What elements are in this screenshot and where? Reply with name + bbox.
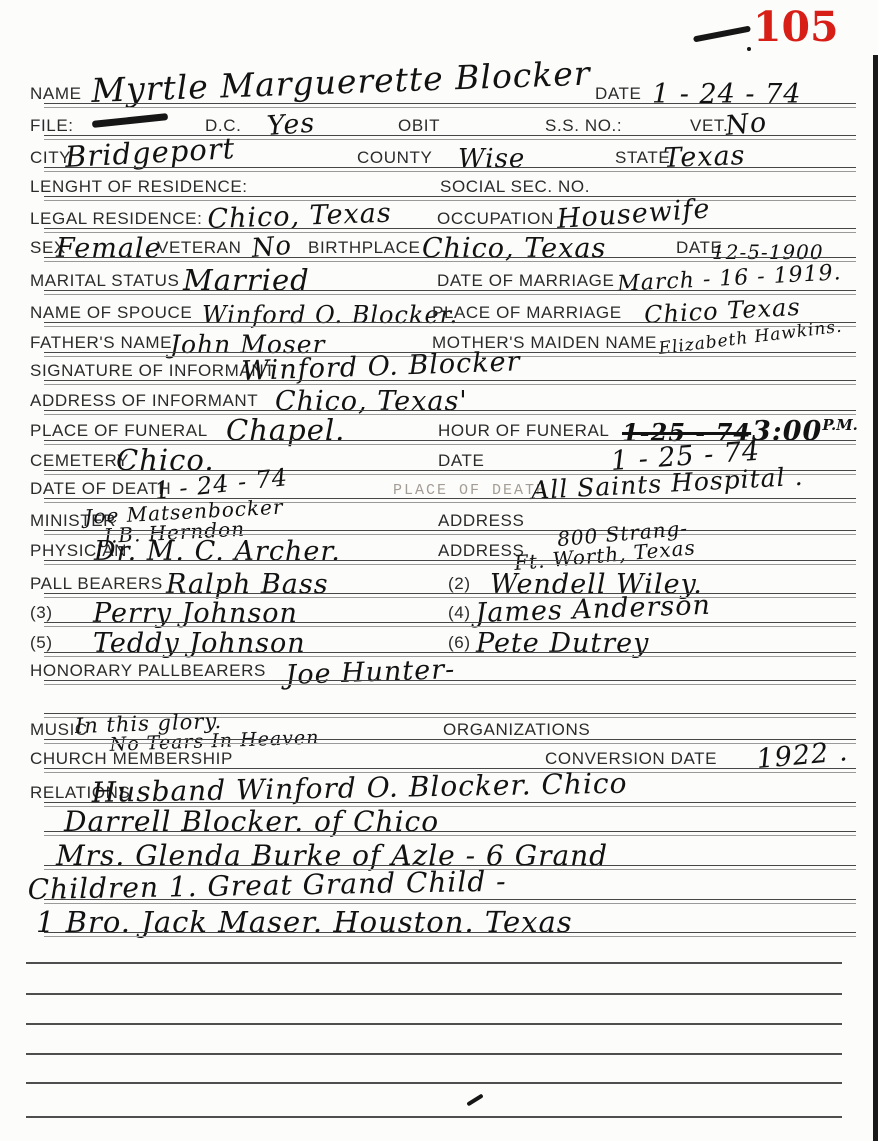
veteran-label: VETERAN — [157, 238, 242, 258]
row-sex: SEX Female VETERAN No BIRTHPLACE Chico, … — [0, 233, 878, 262]
row-blank — [0, 966, 878, 997]
funeral-hour-label: HOUR OF FUNERAL — [438, 421, 609, 441]
pallbearer-6-value: Pete Dutrey — [476, 628, 649, 659]
legal-value: Chico, Texas — [207, 198, 392, 235]
name-value: Myrtle Marguerette Blocker — [91, 54, 592, 110]
row-honorary: HONORARY PALLBEARERS Joe Hunter- — [0, 657, 878, 685]
birthplace-label: BIRTHPLACE — [308, 238, 420, 258]
marital-label: MARITAL STATUS — [30, 271, 179, 291]
row-death: DATE OF DEATH 1 - 24 - 74 PLACE OF DEATH… — [0, 475, 878, 503]
church-label: CHURCH MEMBERSHIP — [30, 749, 233, 769]
legal-label: LEGAL RESIDENCE: — [30, 209, 202, 229]
occupation-label: OCCUPATION — [437, 209, 554, 229]
organizations-label: ORGANIZATIONS — [443, 720, 590, 740]
honorary-label: HONORARY PALLBEARERS — [30, 661, 266, 681]
row-music: MUSIC In this glory. No Tears In Heaven … — [0, 714, 878, 744]
signature-label: SIGNATURE OF INFORMANT — [30, 361, 275, 381]
vet-label: VET. — [690, 116, 728, 136]
row-relations-2: Darrell Blocker. of Chico — [0, 807, 878, 836]
row-blank — [0, 1027, 878, 1057]
death-date-label: DATE OF DEATH — [30, 479, 171, 499]
relations-line-4: Children 1. Great Grand Child - — [27, 865, 506, 906]
row-relations-4: Children 1. Great Grand Child - — [0, 870, 878, 904]
row-city: CITY Bridgeport COUNTY Wise STATE Texas — [0, 140, 878, 172]
row-marital: MARITAL STATUS Married DATE OF MARRIAGE … — [0, 262, 878, 295]
row-informant-address: ADDRESS OF INFORMANT Chico, Texas' — [0, 385, 878, 415]
marital-value: Married — [183, 263, 310, 297]
row-pallbearers-12: PALL BEARERS Ralph Bass (2) Wendell Wile… — [0, 565, 878, 598]
conversion-label: CONVERSION DATE — [545, 749, 717, 769]
dc-value: Yes — [266, 108, 316, 142]
funeral-place-label: PLACE OF FUNERAL — [30, 421, 208, 441]
pallbearer-2-number: (2) — [448, 574, 471, 594]
state-label: STATE — [615, 148, 670, 168]
birthdate-value: 12-5-1900 — [712, 240, 824, 264]
row-blank — [0, 1057, 878, 1086]
marriage-date-value: March - 16 - 1919. — [617, 260, 842, 297]
social-label: SOCIAL SEC. NO. — [440, 177, 590, 197]
birthplace-value: Chico, Texas — [422, 233, 606, 264]
vet-value: No — [724, 107, 769, 142]
name-label: NAME — [30, 84, 82, 104]
conversion-value: 1922 . — [755, 736, 849, 775]
pallbearer-4-number: (4) — [448, 603, 471, 623]
pallbearer-5-number: (5) — [30, 633, 53, 653]
date-value: 1 - 24 - 74 — [652, 79, 801, 110]
pallbearer-5-value: Teddy Johnson — [93, 628, 306, 659]
row-name: NAME Myrtle Marguerette Blocker DATE 1 -… — [0, 76, 878, 108]
row-file: FILE: D.C. Yes OBIT S.S. NO.: VET. No — [0, 108, 878, 140]
file-label: FILE: — [30, 116, 74, 136]
pallbearer-1-value: Ralph Bass — [166, 569, 329, 600]
row-blank — [0, 997, 878, 1027]
page-number: 105 — [753, 3, 839, 51]
row-church: CHURCH MEMBERSHIP CONVERSION DATE 1922 . — [0, 744, 878, 773]
pallbearers-label: PALL BEARERS — [30, 574, 163, 594]
row-legal: LEGAL RESIDENCE: Chico, Texas OCCUPATION… — [0, 201, 878, 233]
pallbearer-3-value: Perry Johnson — [93, 598, 298, 629]
row-minister: MINISTER Joe Matsenbocker J.B. Herndon A… — [0, 503, 878, 535]
row-physician: PHYSICIAN Dr. M. C. Archer. ADDRESS 800 … — [0, 535, 878, 565]
county-value: Wise — [458, 144, 525, 174]
state-value: Texas — [663, 140, 746, 174]
row-blank — [0, 1086, 878, 1120]
funeral-date-label: DATE — [438, 451, 484, 471]
obit-label: OBIT — [398, 116, 440, 136]
pallbearer-6-number: (6) — [448, 633, 471, 653]
funeral-hour-value: 3:00P.M. — [752, 416, 858, 447]
marriage-place-label: PLACE OF MARRIAGE — [432, 303, 622, 323]
ssno-label: S.S. NO.: — [545, 116, 622, 136]
residence-label: LENGHT OF RESIDENCE: — [30, 177, 248, 197]
row-spouse: NAME OF SPOUCE Winford O. Blocker. PLACE… — [0, 295, 878, 327]
physician-address-label: ADDRESS — [438, 541, 524, 561]
spouse-label: NAME OF SPOUCE — [30, 303, 192, 323]
row-residence: LENGHT OF RESIDENCE: SOCIAL SEC. NO. — [0, 172, 878, 201]
cemetery-label: CEMETERY — [30, 451, 129, 471]
funeral-place-value: Chapel. — [226, 413, 345, 447]
ink-dot-mark — [747, 47, 751, 51]
relations-line-1: Husband Winford O. Blocker. Chico — [91, 767, 627, 809]
spouse-value: Winford O. Blocker. — [202, 301, 458, 329]
row-pallbearers-56: (5) Teddy Johnson (6) Pete Dutrey — [0, 627, 878, 657]
relations-line-5: 1 Bro. Jack Maser. Houston. Texas — [36, 905, 573, 939]
father-label: FATHER'S NAME — [30, 333, 172, 353]
row-blank — [0, 937, 878, 966]
pallbearer-3-number: (3) — [30, 603, 53, 623]
marriage-date-label: DATE OF MARRIAGE — [437, 271, 614, 291]
relations-line-2: Darrell Blocker. of Chico — [64, 805, 439, 838]
row-pallbearers-34: (3) Perry Johnson (4) James Anderson — [0, 598, 878, 627]
funeral-hour-time: 3:00 — [752, 416, 822, 447]
veteran-value: No — [250, 231, 293, 264]
funeral-record-card: 105 NAME Myrtle Marguerette Blocker DATE… — [0, 0, 878, 1141]
county-label: COUNTY — [357, 148, 432, 168]
funeral-hour-suffix: P.M. — [822, 416, 857, 434]
physician-value: Dr. M. C. Archer. — [94, 536, 341, 567]
date-label: DATE — [595, 84, 641, 104]
death-place-label: PLACE OF DEATH — [393, 482, 547, 499]
ink-dash-mark — [693, 26, 751, 43]
sex-value: Female — [56, 233, 162, 264]
row-signature: SIGNATURE OF INFORMANT Winford O. Blocke… — [0, 357, 878, 385]
row-relations-5: 1 Bro. Jack Maser. Houston. Texas — [0, 904, 878, 937]
informant-address-label: ADDRESS OF INFORMANT — [30, 391, 258, 411]
minister-address-label: ADDRESS — [438, 511, 524, 531]
row-relations: RELATIONS Husband Winford O. Blocker. Ch… — [0, 773, 878, 807]
